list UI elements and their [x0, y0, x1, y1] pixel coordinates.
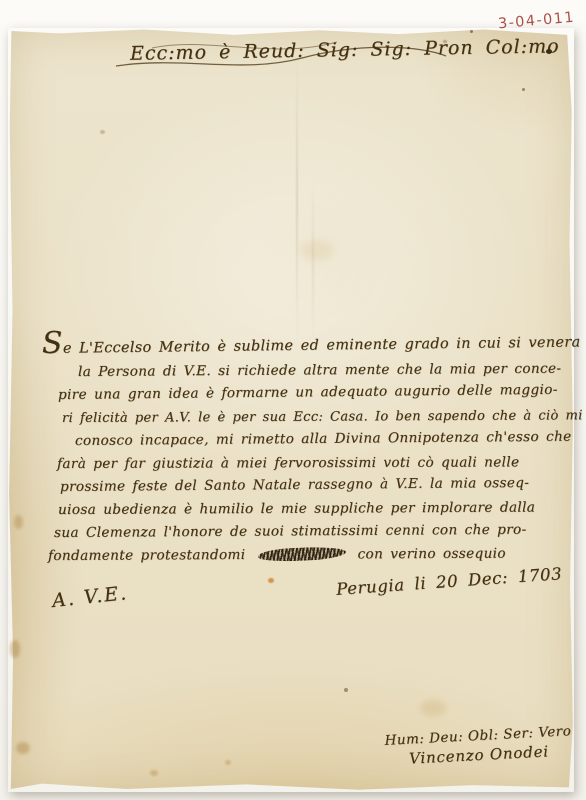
body-line: conosco incapace, mi rimetto alla Divina…: [75, 426, 554, 453]
crossed-out-word: [257, 546, 345, 563]
body-line-last-pre: fondamente protestandomi: [48, 547, 246, 564]
body-line-last: fondamente protestandomi con verino osse…: [48, 542, 554, 568]
body-line-last-post: con verino ossequio: [358, 546, 506, 563]
stain-spot: [10, 640, 20, 658]
stain-spot: [522, 88, 525, 91]
stain-spot: [300, 240, 334, 260]
body-line: pire una gran idea è formarne un adequat…: [58, 379, 554, 407]
stain-spot: [470, 30, 473, 33]
letter-body: Se L'Eccelso Merito è sublime ed eminent…: [42, 338, 554, 568]
stain-spot: [268, 578, 274, 583]
scan-background: 3-04-011 Ecc:mo è Reud: Sig: Sig: Pron C…: [0, 0, 586, 800]
stain-spot: [225, 760, 231, 765]
stain-spot: [14, 515, 23, 529]
fold-crease: [312, 180, 314, 340]
body-line: sua Clemenza l'honore de suoi stimatissi…: [54, 519, 554, 545]
stain-spot: [100, 130, 105, 134]
stain-spot: [14, 708, 26, 718]
stain-spot: [150, 770, 158, 776]
stain-spot: [420, 700, 446, 716]
body-line: prossime feste del Santo Natale rassegno…: [60, 472, 554, 499]
body-line: Se L'Eccelso Merito è sublime ed eminent…: [42, 332, 554, 361]
stain-spot: [344, 688, 348, 692]
stain-spot: [16, 742, 30, 754]
fold-crease: [296, 55, 298, 345]
